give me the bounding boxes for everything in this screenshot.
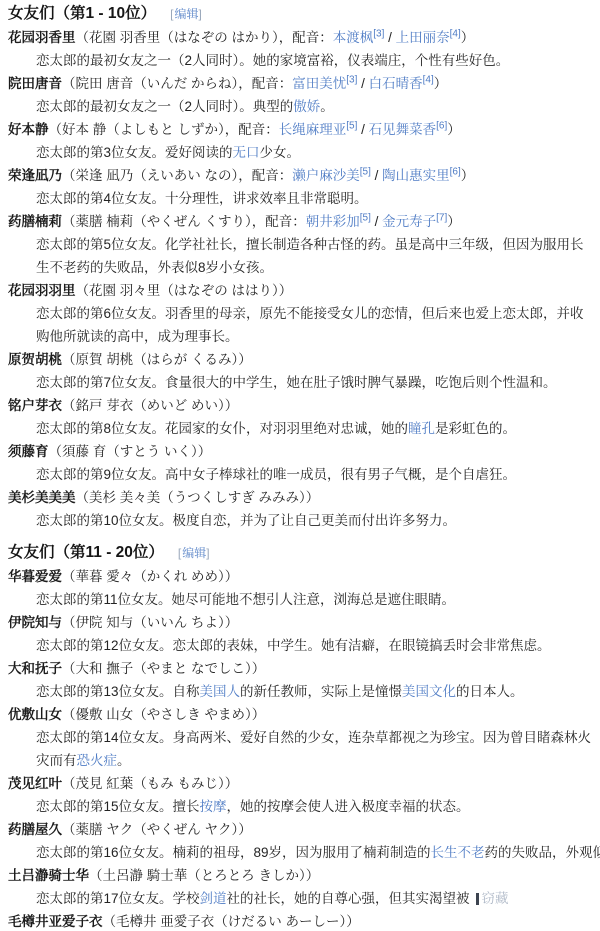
entry-description: 恋太郎的第13位女友。自称美国人的新任教师，实际上是憧憬美国文化的日本人。 xyxy=(36,680,594,703)
text-run: 恋太郎的第10位女友。极度自恋，并为了让自己更美而付出许多努力。 xyxy=(36,513,456,528)
entry-description: 恋太郎的第15位女友。擅长按摩，她的按摩会使人进入极度幸福的状态。 xyxy=(36,795,594,818)
reference-link[interactable]: [4] xyxy=(450,29,461,40)
reference-sup: [3] xyxy=(346,75,357,86)
reference-sup: [5] xyxy=(360,167,371,178)
text-run: （伊院 知与（いいん ちよ）） xyxy=(62,615,238,630)
wiki-link[interactable]: 金元寿子 xyxy=(382,214,436,229)
character-name: 药膳楠莉 xyxy=(8,214,62,229)
text-run: （花園 羽々里（はなぞの ははり）） xyxy=(76,283,293,298)
text-run: （薬膳 ヤク（やくぜん ヤク）） xyxy=(62,822,252,837)
character-name: 须藤育 xyxy=(8,444,49,459)
text-run: ） xyxy=(461,30,475,45)
entry-name-line: 毛樽井亚爱子衣（毛樽井 亜愛子衣（けだるい あーしー）） xyxy=(8,910,600,931)
text-run: 恋太郎的第17位女友。学校 xyxy=(36,891,200,906)
entry-name-line: 伊院知与（伊院 知与（いいん ちよ）） xyxy=(8,611,600,634)
text-run: 恋太郎的第13位女友。自称 xyxy=(36,684,200,699)
reference-link[interactable]: [3] xyxy=(346,75,357,86)
reference-sup: [6] xyxy=(450,167,461,178)
entry-description: 恋太郎的第14位女友。身高两米、爱好自然的少女，连杂草都视之为珍宝。因为曾目睹森… xyxy=(36,726,594,772)
entry-name-line: 荣逢凪乃（栄逢 凪乃（えいあい なの），配音：濑户麻沙美[5] / 陶山惠实里[… xyxy=(8,164,600,187)
wiki-link[interactable]: 美国文化 xyxy=(402,684,456,699)
text-run: （薬膳 楠莉（やくぜん くすり），配音： xyxy=(62,214,306,229)
text-run: （毛樽井 亜愛子衣（けだるい あーしー）） xyxy=(103,914,360,929)
text-run: 恋太郎的第7位女友。食量很大的中学生，她在肚子饿时脾气暴躁，吃饱后则个性温和。 xyxy=(36,375,557,390)
entry-name-line: 铭户芽衣（銘戸 芽衣（めいど めい）） xyxy=(8,394,600,417)
entry-name-line: 须藤育（須藤 育（すとう いく）） xyxy=(8,440,600,463)
wiki-link[interactable]: 傲娇 xyxy=(293,99,320,114)
entry-description: 恋太郎的第8位女友。花园家的女仆，对羽羽里绝对忠诚，她的瞳孔是彩虹色的。 xyxy=(36,417,594,440)
character-list: 花园羽香里（花園 羽香里（はなぞの はかり），配音：本渡枫[3] / 上田丽奈[… xyxy=(8,26,600,532)
text-run: 恋太郎的第12位女友。恋太郎的表妹，中学生。她有洁癖，在眼镜搞丢时会非常焦虑。 xyxy=(36,638,551,653)
text-run: 是彩虹色的。 xyxy=(435,421,516,436)
text-run: / xyxy=(357,122,368,137)
text-run: 的新任教师，实际上是憧憬 xyxy=(240,684,402,699)
render-artifact xyxy=(476,893,479,905)
faded-wiki-link[interactable]: 窃藏 xyxy=(482,891,509,906)
reference-link[interactable]: [6] xyxy=(450,167,461,178)
text-run: 恋太郎的最初女友之一（2人同时）。典型的 xyxy=(36,99,293,114)
character-list: 华暮爱爱（華暮 愛々（かくれ めめ））恋太郎的第11位女友。她尽可能地不想引人注… xyxy=(8,565,600,931)
entry-name-line: 花园羽羽里（花園 羽々里（はなぞの ははり）） xyxy=(8,279,600,302)
text-run: 恋太郎的第8位女友。花园家的女仆，对羽羽里绝对忠诚，她的 xyxy=(36,421,408,436)
text-run: （原賀 胡桃（はらが くるみ）） xyxy=(62,352,252,367)
entry-name-line: 优敷山女（優敷 山女（やさしき やまめ）） xyxy=(8,703,600,726)
entry-name-line: 药膳楠莉（薬膳 楠莉（やくぜん くすり），配音：朝井彩加[5] / 金元寿子[7… xyxy=(8,210,600,233)
text-run: 少女。 xyxy=(260,145,301,160)
wiki-link[interactable]: 富田美忧 xyxy=(292,76,346,91)
reference-link[interactable]: [6] xyxy=(436,121,447,132)
wiki-link[interactable]: 瞳孔 xyxy=(408,421,435,436)
entry-description: 恋太郎的第12位女友。恋太郎的表妹，中学生。她有洁癖，在眼镜搞丢时会非常焦虑。 xyxy=(36,634,594,657)
text-run: / xyxy=(357,76,368,91)
text-run: ） xyxy=(447,122,461,137)
entry-description: 恋太郎的最初女友之一（2人同时）。典型的傲娇。 xyxy=(36,95,594,118)
entry-description: 恋太郎的最初女友之一（2人同时）。她的家境富裕，仪表端庄，个性有些好色。 xyxy=(36,49,594,72)
character-name: 毛樽井亚爱子衣 xyxy=(8,914,103,929)
text-run: 恋太郎的第3位女友。爱好阅读的 xyxy=(36,145,233,160)
character-name: 铭户芽衣 xyxy=(8,398,62,413)
entry-description: 恋太郎的第6位女友。羽香里的母亲，原先不能接受女儿的恋情，但后来也爱上恋太郎，并… xyxy=(36,302,594,348)
reference-link[interactable]: [5] xyxy=(346,121,357,132)
reference-link[interactable]: [3] xyxy=(373,29,384,40)
character-name: 花园羽香里 xyxy=(8,30,76,45)
reference-link[interactable]: [4] xyxy=(423,75,434,86)
section-heading-text: 女友们（第11 - 20位） xyxy=(8,544,164,561)
text-run: 社的社长，她的自尊心强，但其实渴望被 xyxy=(227,891,470,906)
text-run: 恋太郎的第9位女友。高中女子棒球社的唯一成员，很有男子气概，是个自虐狂。 xyxy=(36,467,516,482)
entry-description: 恋太郎的第3位女友。爱好阅读的无口少女。 xyxy=(36,141,594,164)
character-name: 土吕瀞骑士华 xyxy=(8,868,89,883)
edit-section: [编辑] xyxy=(178,546,211,560)
entry-description: 恋太郎的第11位女友。她尽可能地不想引人注意，浏海总是遮住眼睛。 xyxy=(36,588,594,611)
section-heading: 女友们（第11 - 20位）[编辑] xyxy=(8,541,600,565)
reference-sup: [3] xyxy=(373,29,384,40)
text-run: （花園 羽香里（はなぞの はかり），配音： xyxy=(76,30,333,45)
text-run: / xyxy=(384,30,395,45)
edit-link[interactable]: 编辑 xyxy=(174,7,198,21)
entry-description: 恋太郎的第10位女友。极度自恋，并为了让自己更美而付出许多努力。 xyxy=(36,509,594,532)
section-heading-text: 女友们（第1 - 10位） xyxy=(8,5,156,22)
character-name: 原贺胡桃 xyxy=(8,352,62,367)
character-name: 美杉美美美 xyxy=(8,490,76,505)
entry-name-line: 好本静（好本 静（よしもと しずか），配音：长绳麻理亚[5] / 石见舞菜香[6… xyxy=(8,118,600,141)
wiki-link[interactable]: 陶山惠实里 xyxy=(382,168,450,183)
character-name: 大和抚子 xyxy=(8,661,62,676)
wiki-link[interactable]: 按摩 xyxy=(200,799,227,814)
text-run: ） xyxy=(434,76,448,91)
text-run: （美杉 美々美（うつくしすぎ みみみ）） xyxy=(76,490,320,505)
entry-name-line: 花园羽香里（花園 羽香里（はなぞの はかり），配音：本渡枫[3] / 上田丽奈[… xyxy=(8,26,600,49)
wiki-link[interactable]: 石见舞菜香 xyxy=(369,122,437,137)
entry-description: 恋太郎的第17位女友。学校剑道社的社长，她的自尊心强，但其实渴望被窃藏 xyxy=(36,887,594,910)
text-run: 恋太郎的第5位女友。化学社社长，擅长制造各种古怪的药。虽是高中三年级，但因为服用… xyxy=(36,237,584,275)
text-run: 恋太郎的第4位女友。十分理性，讲求效率且非常聪明。 xyxy=(36,191,368,206)
entry-name-line: 药膳屋久（薬膳 ヤク（やくぜん ヤク）） xyxy=(8,818,600,841)
text-run: （大和 撫子（やまと なでしこ）） xyxy=(62,661,265,676)
edit-bracket-close: ] xyxy=(199,7,203,21)
text-run: （好本 静（よしもと しずか），配音： xyxy=(49,122,279,137)
character-name: 华暮爱爱 xyxy=(8,569,62,584)
wiki-link[interactable]: 长绳麻理亚 xyxy=(279,122,347,137)
text-run: 恋太郎的最初女友之一（2人同时）。她的家境富裕，仪表端庄，个性有些好色。 xyxy=(36,53,509,68)
section-heading: 女友们（第1 - 10位）[编辑] xyxy=(8,2,600,26)
text-run: 恋太郎的第11位女友。她尽可能地不想引人注意，浏海总是遮住眼睛。 xyxy=(36,592,455,607)
text-run: （栄逢 凪乃（えいあい なの），配音： xyxy=(62,168,292,183)
entry-name-line: 院田唐音（院田 唐音（いんだ からね），配音：富田美忧[3] / 白石晴香[4]… xyxy=(8,72,600,95)
wiki-link[interactable]: 长生不老 xyxy=(431,845,485,860)
text-run: （優敷 山女（やさしき やまめ）） xyxy=(62,707,265,722)
text-run: ，她的按摩会使人进入极度幸福的状态。 xyxy=(227,799,470,814)
wiki-link[interactable]: 本渡枫 xyxy=(333,30,374,45)
entry-description: 恋太郎的第16位女友。楠莉的祖母，89岁，因为服用了楠莉制造的长生不老药的失败品… xyxy=(36,841,600,864)
character-name: 好本静 xyxy=(8,122,49,137)
reference-sup: [5] xyxy=(360,213,371,224)
text-run: （須藤 育（すとう いく）） xyxy=(49,444,212,459)
entry-name-line: 大和抚子（大和 撫子（やまと なでしこ）） xyxy=(8,657,600,680)
edit-bracket-close: ] xyxy=(206,546,210,560)
entry-description: 恋太郎的第5位女友。化学社社长，擅长制造各种古怪的药。虽是高中三年级，但因为服用… xyxy=(36,233,594,279)
edit-link[interactable]: 编辑 xyxy=(182,546,206,560)
reference-link[interactable]: [5] xyxy=(360,167,371,178)
text-run: 。 xyxy=(117,753,131,768)
reference-link[interactable]: [5] xyxy=(360,213,371,224)
reference-sup: [4] xyxy=(450,29,461,40)
text-run: （華暮 愛々（かくれ めめ）） xyxy=(62,569,238,584)
character-name: 荣逢凪乃 xyxy=(8,168,62,183)
reference-sup: [5] xyxy=(346,121,357,132)
text-run: 药的失败品，外观似8 xyxy=(485,845,600,860)
text-run: （院田 唐音（いんだ からね），配音： xyxy=(62,76,292,91)
wiki-link[interactable]: 美国人 xyxy=(200,684,241,699)
entry-name-line: 茂见红叶（茂見 紅葉（もみ もみじ）） xyxy=(8,772,600,795)
text-run: ） xyxy=(461,168,475,183)
text-run: ） xyxy=(447,214,461,229)
reference-sup: [7] xyxy=(436,213,447,224)
text-run: 恋太郎的第15位女友。擅长 xyxy=(36,799,200,814)
text-run: 。 xyxy=(320,99,334,114)
reference-link[interactable]: [7] xyxy=(436,213,447,224)
character-name: 院田唐音 xyxy=(8,76,62,91)
entry-name-line: 土吕瀞骑士华（土呂瀞 騎士華（とろとろ きしか）） xyxy=(8,864,600,887)
text-run: 的日本人。 xyxy=(456,684,524,699)
character-name: 药膳屋久 xyxy=(8,822,62,837)
character-name: 伊院知与 xyxy=(8,615,62,630)
entry-description: 恋太郎的第4位女友。十分理性，讲求效率且非常聪明。 xyxy=(36,187,594,210)
character-name: 优敷山女 xyxy=(8,707,62,722)
entry-description: 恋太郎的第9位女友。高中女子棒球社的唯一成员，很有男子气概，是个自虐狂。 xyxy=(36,463,594,486)
text-run: / xyxy=(371,168,382,183)
wiki-link[interactable]: 无口 xyxy=(233,145,260,160)
article-body: 女友们（第1 - 10位）[编辑]花园羽香里（花園 羽香里（はなぞの はかり），… xyxy=(0,0,600,931)
wiki-link[interactable]: 上田丽奈 xyxy=(396,30,450,45)
wiki-link[interactable]: 朝井彩加 xyxy=(306,214,360,229)
wiki-link[interactable]: 剑道 xyxy=(200,891,227,906)
text-run: / xyxy=(371,214,382,229)
reference-sup: [6] xyxy=(436,121,447,132)
entry-name-line: 华暮爱爱（華暮 愛々（かくれ めめ）） xyxy=(8,565,600,588)
wiki-link[interactable]: 濑户麻沙美 xyxy=(292,168,360,183)
character-name: 茂见红叶 xyxy=(8,776,62,791)
text-run: 恋太郎的第16位女友。楠莉的祖母，89岁，因为服用了楠莉制造的 xyxy=(36,845,431,860)
text-run: 恋太郎的第6位女友。羽香里的母亲，原先不能接受女儿的恋情，但后来也爱上恋太郎，并… xyxy=(36,306,584,344)
entry-name-line: 原贺胡桃（原賀 胡桃（はらが くるみ）） xyxy=(8,348,600,371)
wiki-link[interactable]: 恐火症 xyxy=(77,753,118,768)
reference-sup: [4] xyxy=(423,75,434,86)
wiki-link[interactable]: 白石晴香 xyxy=(369,76,423,91)
text-run: （土呂瀞 騎士華（とろとろ きしか）） xyxy=(89,868,319,883)
entry-description: 恋太郎的第7位女友。食量很大的中学生，她在肚子饿时脾气暴躁，吃饱后则个性温和。 xyxy=(36,371,594,394)
character-name: 花园羽羽里 xyxy=(8,283,76,298)
text-run: （茂見 紅葉（もみ もみじ）） xyxy=(62,776,238,791)
edit-section: [编辑] xyxy=(170,7,203,21)
text-run: （銘戸 芽衣（めいど めい）） xyxy=(62,398,238,413)
entry-name-line: 美杉美美美（美杉 美々美（うつくしすぎ みみみ）） xyxy=(8,486,600,509)
